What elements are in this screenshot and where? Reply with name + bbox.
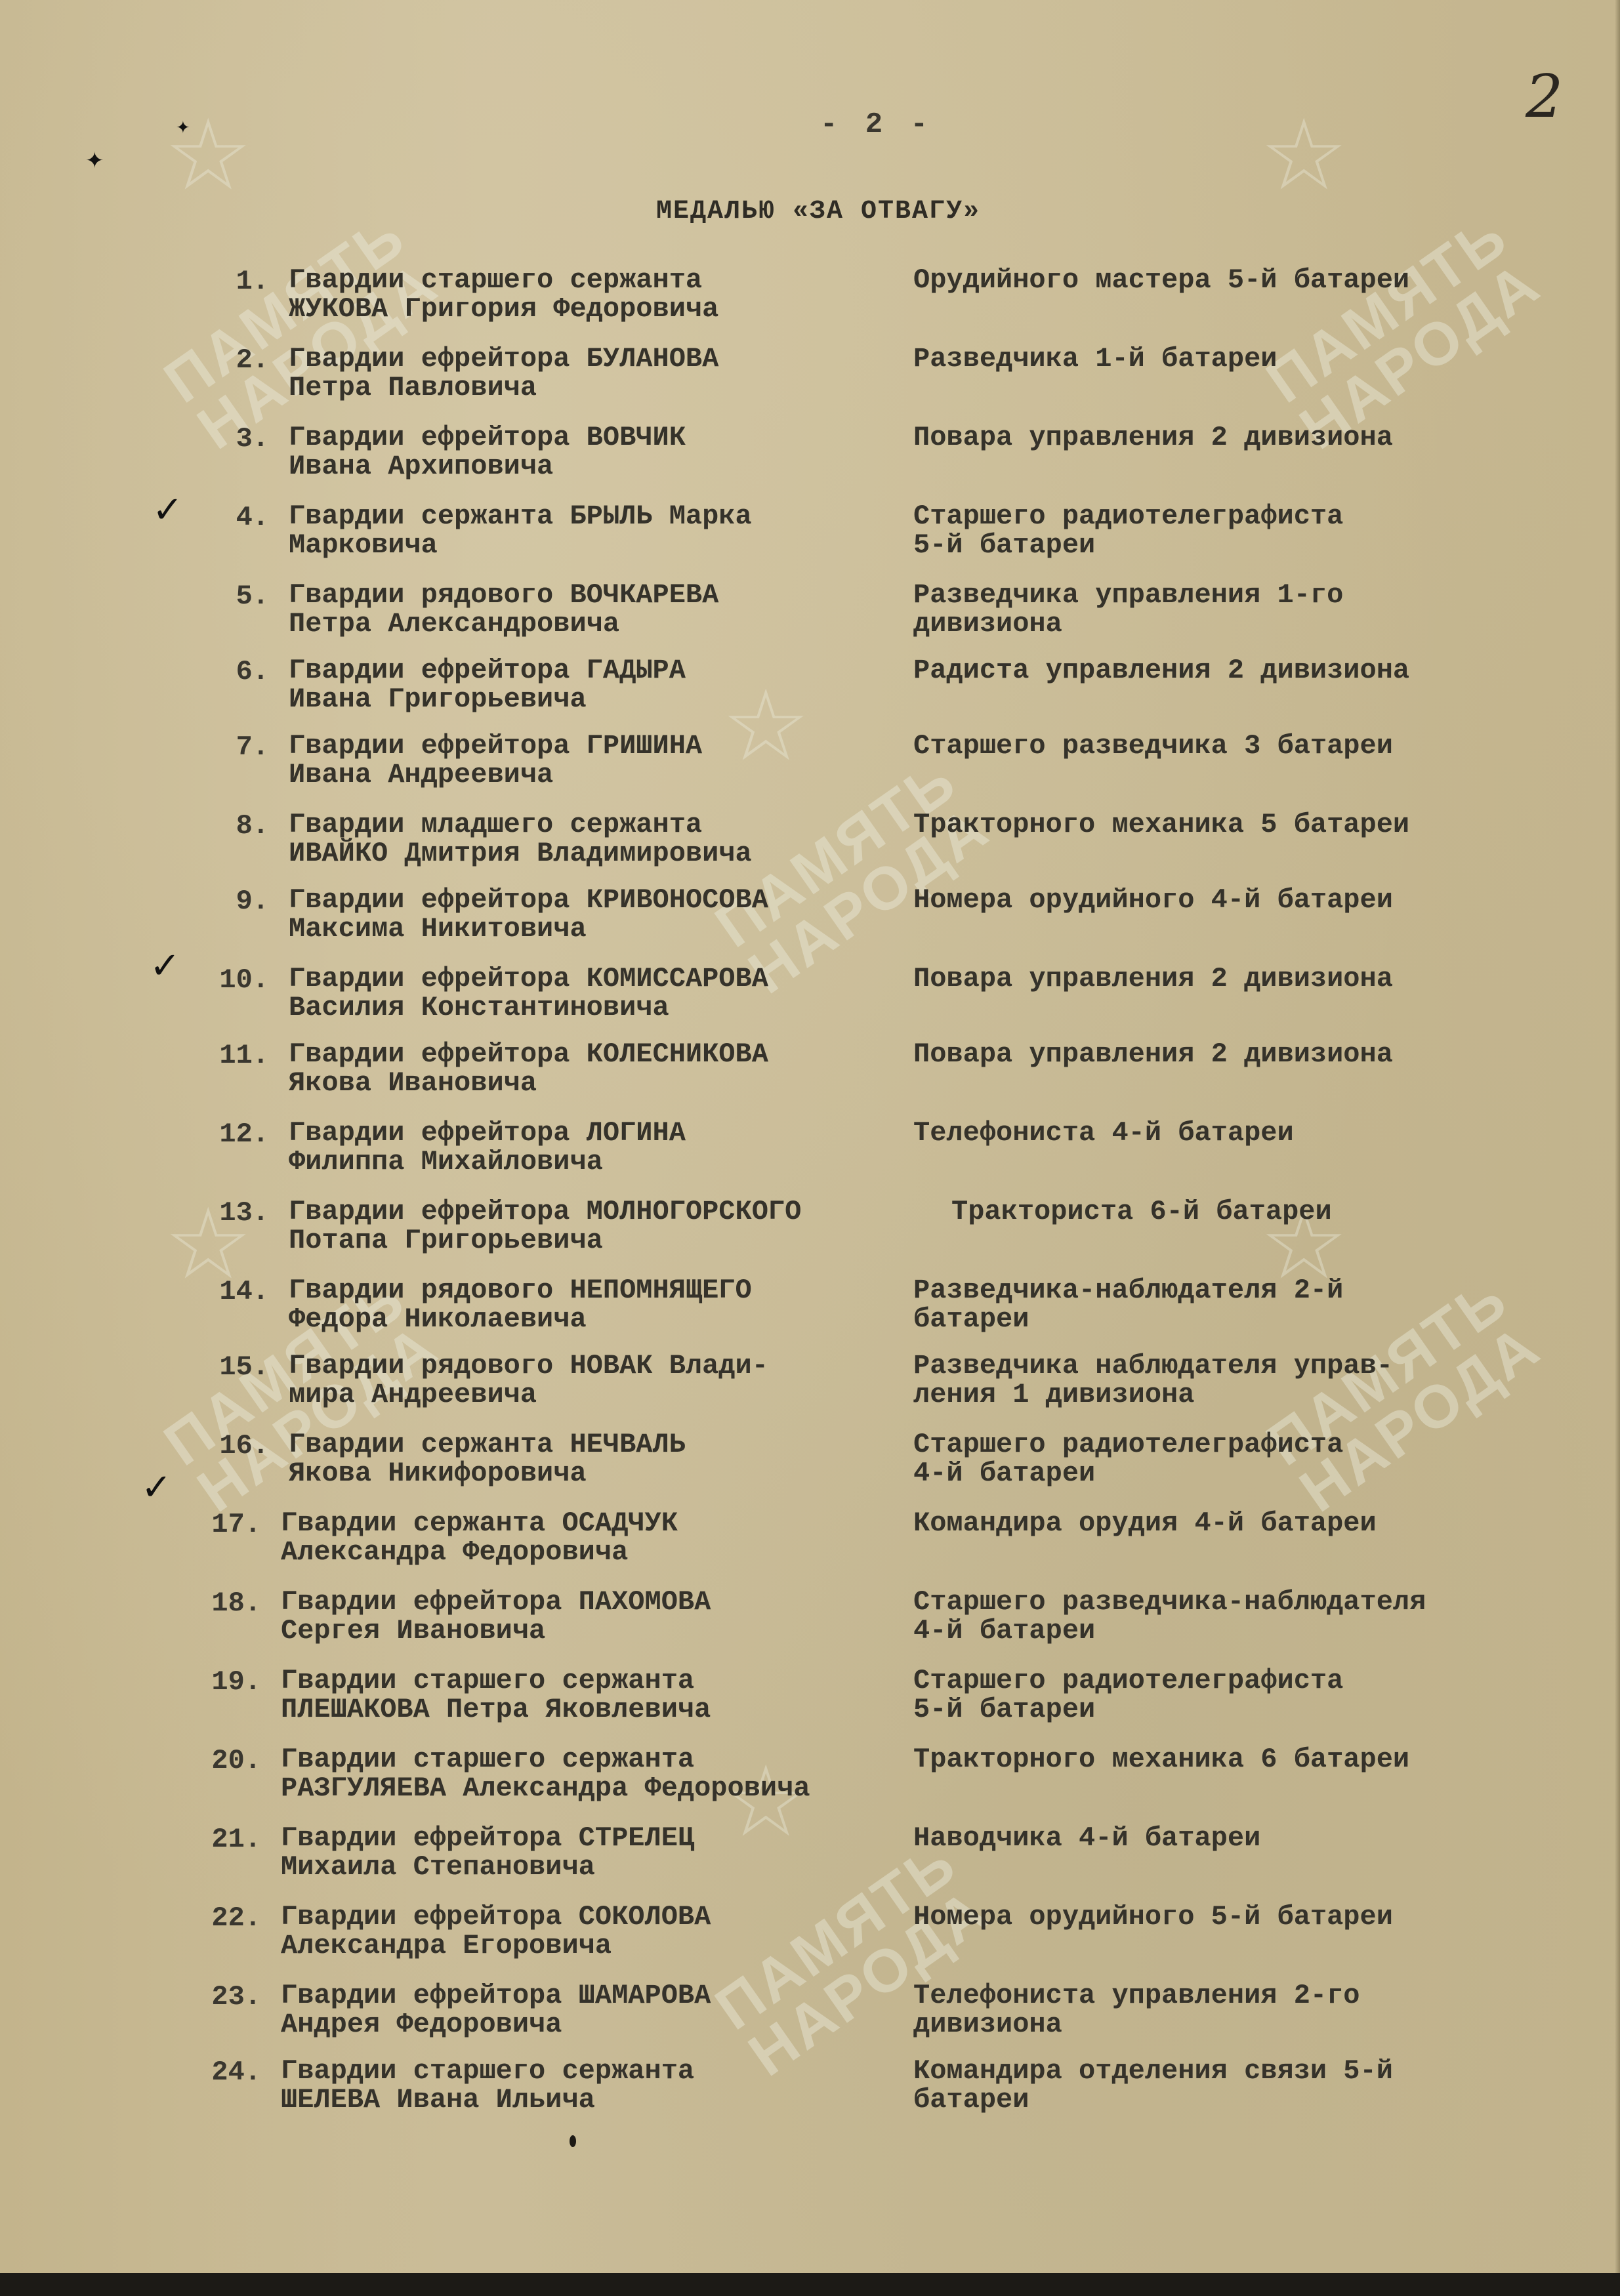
- awardee-name-line2: Михаила Степановича: [281, 1853, 694, 1881]
- awardee-role: Разведчика 1-й батареи: [913, 344, 1277, 373]
- entry-number: 4.: [177, 502, 269, 533]
- awardee-role: Орудийного мастера 5-й батареи: [913, 266, 1409, 295]
- awardee-name-line1: Гвардии ефрейтора МОЛНОГОРСКОГО: [289, 1197, 801, 1226]
- awardee-role: Радиста управления 2 дивизиона: [913, 656, 1409, 685]
- awardee-name-line2: Петра Павловича: [289, 373, 718, 402]
- awardee-name-line1: Гвардии ефрейтора ПАХОМОВА: [281, 1588, 711, 1616]
- awardee-name: Гвардии старшего сержантаРАЗГУЛЯЕВА Алек…: [281, 1745, 810, 1803]
- awardee-name: Гвардии ефрейтора ЛОГИНАФилиппа Михайлов…: [289, 1118, 686, 1176]
- awardee-role: Старшего разведчика 3 батареи: [913, 731, 1393, 760]
- page-edge-shadow: [1615, 0, 1620, 2273]
- awardee-role: Тракторного механика 5 батареи: [913, 810, 1409, 839]
- awardee-name: Гвардии ефрейтора ВОВЧИКИвана Архиповича: [289, 423, 686, 481]
- awardee-role-line1: Тракториста 6-й батареи: [951, 1197, 1332, 1226]
- awardee-name-line1: Гвардии ефрейтора ГРИШИНА: [289, 731, 702, 760]
- awardee-role: Тракторного механика 6 батареи: [913, 1745, 1409, 1774]
- awardee-role-line1: Старшего радиотелеграфиста: [913, 1666, 1343, 1695]
- awardee-name-line1: Гвардии ефрейтора КОЛЕСНИКОВА: [289, 1040, 768, 1069]
- awardee-role: Тракториста 6-й батареи: [951, 1197, 1332, 1226]
- awardee-role-line1: Старшего разведчика-наблюдателя: [913, 1588, 1426, 1616]
- entry-number: 6.: [177, 656, 269, 687]
- awardee-name: Гвардии ефрейтора ШАМАРОВААндрея Федоров…: [281, 1981, 711, 2039]
- awardee-name-line2: мира Андреевича: [289, 1380, 768, 1409]
- awardee-role-line1: Разведчика наблюдателя управ-: [913, 1351, 1393, 1380]
- entry-number: 13.: [177, 1197, 269, 1229]
- awardee-name-line1: Гвардии ефрейтора КРИВОНОСОВА: [289, 886, 768, 914]
- awardee-name-line2: Василия Константиновича: [289, 993, 768, 1022]
- awardee-name-line2: Ивана Архиповича: [289, 452, 686, 481]
- awardee-name-line1: Гвардии рядового НЕПОМНЯЩЕГО: [289, 1276, 752, 1305]
- awardee-role-line1: Старшего разведчика 3 батареи: [913, 731, 1393, 760]
- awardee-role-line1: Командира отделения связи 5-й: [913, 2057, 1393, 2085]
- awardee-role: Повара управления 2 дивизиона: [913, 423, 1393, 452]
- awardee-name-line2: ИВАЙКО Дмитрия Владимировича: [289, 839, 752, 868]
- awardee-role: Номера орудийного 4-й батареи: [913, 886, 1393, 914]
- awardee-role-line1: Повара управления 2 дивизиона: [913, 1040, 1393, 1069]
- margin-mark-icon: ✦: [85, 148, 104, 174]
- awardee-name: Гвардии ефрейтора МОЛНОГОРСКОГОПотапа Гр…: [289, 1197, 801, 1255]
- awardee-name-line2: Максима Никитовича: [289, 914, 768, 943]
- awardee-role-line2: 4-й батареи: [913, 1616, 1426, 1645]
- awardee-role-line1: Командира орудия 4-й батареи: [913, 1509, 1377, 1538]
- awardee-name-line2: Александра Федоровича: [281, 1538, 678, 1567]
- awardee-role: Повара управления 2 дивизиона: [913, 964, 1393, 993]
- awardee-role: Номера орудийного 5-й батареи: [913, 1902, 1393, 1931]
- awardee-name-line1: Гвардии рядового НОВАК Влади-: [289, 1351, 768, 1380]
- awardee-name-line2: Андрея Федоровича: [281, 2010, 711, 2039]
- entry-number: 9.: [177, 886, 269, 917]
- awardee-name-line1: Гвардии ефрейтора ГАДЫРА: [289, 656, 686, 685]
- entry-number: 10.: [177, 964, 269, 996]
- awardee-name-line2: Ивана Андреевича: [289, 760, 702, 789]
- entry-number: 22.: [169, 1902, 261, 1934]
- awardee-name-line1: Гвардии ефрейтора ШАМАРОВА: [281, 1981, 711, 2010]
- awardee-name-line1: Гвардии сержанта НЕЧВАЛЬ: [289, 1430, 686, 1459]
- awardee-name: Гвардии сержанта ОСАДЧУКАлександра Федор…: [281, 1509, 678, 1567]
- awardee-role-line1: Разведчика управления 1-го: [913, 581, 1343, 609]
- awardee-role-line2: дивизиона: [913, 2010, 1360, 2039]
- awardee-name-line2: Якова Никифоровича: [289, 1459, 686, 1488]
- awardee-name-line2: Филиппа Михайловича: [289, 1147, 686, 1176]
- awardee-role-line1: Наводчика 4-й батареи: [913, 1824, 1260, 1853]
- awardee-name-line1: Гвардии ефрейтора ЛОГИНА: [289, 1118, 686, 1147]
- awardee-role: Разведчика-наблюдателя 2-йбатареи: [913, 1276, 1343, 1334]
- awardee-name: Гвардии ефрейтора СТРЕЛЕЦМихаила Степано…: [281, 1824, 694, 1881]
- awardee-name: Гвардии ефрейтора ГРИШИНАИвана Андреевич…: [289, 731, 702, 789]
- entry-number: 24.: [169, 2057, 261, 2088]
- margin-check-icon: ✓: [150, 945, 180, 987]
- awardee-name: Гвардии ефрейтора КРИВОНОСОВАМаксима Ник…: [289, 886, 768, 943]
- awardee-role: Командира отделения связи 5-йбатареи: [913, 2057, 1393, 2114]
- entry-number: 5.: [177, 581, 269, 612]
- entry-number: 19.: [169, 1666, 261, 1698]
- awardee-role: Командира орудия 4-й батареи: [913, 1509, 1377, 1538]
- entry-number: 16.: [177, 1430, 269, 1462]
- awardee-role-line2: дивизиона: [913, 609, 1343, 638]
- awardee-name: Гвардии сержанта БРЫЛЬ МаркаМарковича: [289, 502, 752, 560]
- scan-bottom-border: [0, 2273, 1620, 2296]
- margin-mark-icon: ✦: [176, 118, 190, 138]
- entry-number: 21.: [169, 1824, 261, 1855]
- awardee-name-line2: Петра Александровича: [289, 609, 718, 638]
- awardee-name: Гвардии ефрейтора ПАХОМОВАСергея Иванови…: [281, 1588, 711, 1645]
- awardee-name: Гвардии старшего сержантаЖУКОВА Григория…: [289, 266, 718, 323]
- entry-number: 2.: [177, 344, 269, 376]
- awardee-name-line2: ПЛЕШАКОВА Петра Яковлевича: [281, 1695, 711, 1724]
- awardee-role: Повара управления 2 дивизиона: [913, 1040, 1393, 1069]
- awardee-role-line2: батареи: [913, 2085, 1393, 2114]
- awardee-name: Гвардии ефрейтора ГАДЫРАИвана Григорьеви…: [289, 656, 686, 714]
- ink-speck: [570, 2135, 576, 2147]
- awardee-name: Гвардии старшего сержантаПЛЕШАКОВА Петра…: [281, 1666, 711, 1724]
- awardee-name-line1: Гвардии ефрейтора ВОВЧИК: [289, 423, 686, 452]
- awardee-name-line1: Гвардии младшего сержанта: [289, 810, 752, 839]
- awardee-name-line2: Потапа Григорьевича: [289, 1226, 801, 1255]
- awardee-role-line1: Тракторного механика 6 батареи: [913, 1745, 1409, 1774]
- awardee-role-line1: Телефониста управления 2-го: [913, 1981, 1360, 2010]
- entry-number: 14.: [177, 1276, 269, 1307]
- awardee-role: Старшего радиотелеграфиста5-й батареи: [913, 502, 1343, 560]
- entry-number: 8.: [177, 810, 269, 842]
- awardee-name-line2: Марковича: [289, 531, 752, 560]
- awardee-role: Разведчика наблюдателя управ-ления 1 див…: [913, 1351, 1393, 1409]
- awardee-name: Гвардии рядового НОВАК Влади-мира Андрее…: [289, 1351, 768, 1409]
- awardee-role-line1: Радиста управления 2 дивизиона: [913, 656, 1409, 685]
- awardee-name-line2: ШЕЛЕВА Ивана Ильича: [281, 2085, 694, 2114]
- entry-number: 20.: [169, 1745, 261, 1776]
- awardee-name-line2: Сергея Ивановича: [281, 1616, 711, 1645]
- entry-number: 12.: [177, 1118, 269, 1150]
- awardee-name-line2: Федора Николаевича: [289, 1305, 752, 1334]
- awardee-role-line1: Телефониста 4-й батареи: [913, 1118, 1294, 1147]
- awardee-name-line1: Гвардии рядового ВОЧКАРЕВА: [289, 581, 718, 609]
- awardee-role-line1: Старшего радиотелеграфиста: [913, 1430, 1343, 1459]
- entry-number: 1.: [177, 266, 269, 297]
- awardee-name-line1: Гвардии сержанта БРЫЛЬ Марка: [289, 502, 752, 531]
- awardee-name-line2: Ивана Григорьевича: [289, 685, 686, 714]
- awardee-role-line1: Номера орудийного 5-й батареи: [913, 1902, 1393, 1931]
- awardee-name: Гвардии ефрейтора КОМИССАРОВАВасилия Кон…: [289, 964, 768, 1022]
- awardee-name-line2: РАЗГУЛЯЕВА Александра Федоровича: [281, 1774, 810, 1803]
- entry-number: 3.: [177, 423, 269, 455]
- awardee-role-line1: Разведчика 1-й батареи: [913, 344, 1277, 373]
- awardee-name: Гвардии рядового ВОЧКАРЕВАПетра Александ…: [289, 581, 718, 638]
- margin-check-icon: ✓: [141, 1466, 172, 1509]
- handwritten-folio-number: 2: [1526, 62, 1563, 131]
- awardee-role: Разведчика управления 1-годивизиона: [913, 581, 1343, 638]
- awardee-role-line1: Повара управления 2 дивизиона: [913, 964, 1393, 993]
- awardee-role-line1: Разведчика-наблюдателя 2-й: [913, 1276, 1343, 1305]
- awardee-name-line2: Александра Егоровича: [281, 1931, 711, 1960]
- awardee-name-line1: Гвардии сержанта ОСАДЧУК: [281, 1509, 678, 1538]
- awardee-name: Гвардии младшего сержантаИВАЙКО Дмитрия …: [289, 810, 752, 868]
- awardee-name: Гвардии ефрейтора БУЛАНОВАПетра Павлович…: [289, 344, 718, 402]
- awardee-name-line1: Гвардии старшего сержанта: [289, 266, 718, 295]
- entry-number: 17.: [169, 1509, 261, 1540]
- awardee-role-line1: Тракторного механика 5 батареи: [913, 810, 1409, 839]
- awardee-name: Гвардии рядового НЕПОМНЯЩЕГОФедора Никол…: [289, 1276, 752, 1334]
- awardee-name-line1: Гвардии ефрейтора КОМИССАРОВА: [289, 964, 768, 993]
- awardee-role: Наводчика 4-й батареи: [913, 1824, 1260, 1853]
- awardee-name: Гвардии сержанта НЕЧВАЛЬЯкова Никифорови…: [289, 1430, 686, 1488]
- awardee-name-line1: Гвардии ефрейтора СОКОЛОВА: [281, 1902, 711, 1931]
- awardee-name-line2: Якова Ивановича: [289, 1069, 768, 1097]
- awardee-name: Гвардии старшего сержантаШЕЛЕВА Ивана Ил…: [281, 2057, 694, 2114]
- awardee-role-line2: ления 1 дивизиона: [913, 1380, 1393, 1409]
- awardee-role-line1: Старшего радиотелеграфиста: [913, 502, 1343, 531]
- awardee-role-line1: Повара управления 2 дивизиона: [913, 423, 1393, 452]
- awardee-role: Старшего разведчика-наблюдателя4-й батар…: [913, 1588, 1426, 1645]
- entry-number: 15.: [177, 1351, 269, 1383]
- awardee-role-line1: Номера орудийного 4-й батареи: [913, 886, 1393, 914]
- page-number: - 2 -: [820, 108, 933, 141]
- awardee-role: Старшего радиотелеграфиста5-й батареи: [913, 1666, 1343, 1724]
- entry-number: 18.: [169, 1588, 261, 1619]
- awardee-role: Телефониста 4-й батареи: [913, 1118, 1294, 1147]
- awardee-name: Гвардии ефрейтора КОЛЕСНИКОВАЯкова Ивано…: [289, 1040, 768, 1097]
- awardee-name-line1: Гвардии старшего сержанта: [281, 1745, 810, 1774]
- awardee-role-line2: 5-й батареи: [913, 531, 1343, 560]
- awardee-role-line2: 4-й батареи: [913, 1459, 1343, 1488]
- awardee-name-line1: Гвардии ефрейтора БУЛАНОВА: [289, 344, 718, 373]
- entry-number: 11.: [177, 1040, 269, 1071]
- awardee-name-line1: Гвардии старшего сержанта: [281, 2057, 694, 2085]
- entry-number: 7.: [177, 731, 269, 763]
- awardee-role-line2: 5-й батареи: [913, 1695, 1343, 1724]
- entry-number: 23.: [169, 1981, 261, 2013]
- awardee-role: Телефониста управления 2-годивизиона: [913, 1981, 1360, 2039]
- awardee-name-line1: Гвардии старшего сержанта: [281, 1666, 711, 1695]
- awardee-name: Гвардии ефрейтора СОКОЛОВААлександра Его…: [281, 1902, 711, 1960]
- awardee-name-line1: Гвардии ефрейтора СТРЕЛЕЦ: [281, 1824, 694, 1853]
- award-heading: МЕДАЛЬЮ «ЗА ОТВАГУ»: [656, 197, 980, 226]
- awardee-role: Старшего радиотелеграфиста4-й батареи: [913, 1430, 1343, 1488]
- awardee-role-line1: Орудийного мастера 5-й батареи: [913, 266, 1409, 295]
- awardee-name-line2: ЖУКОВА Григория Федоровича: [289, 295, 718, 323]
- awardee-role-line2: батареи: [913, 1305, 1343, 1334]
